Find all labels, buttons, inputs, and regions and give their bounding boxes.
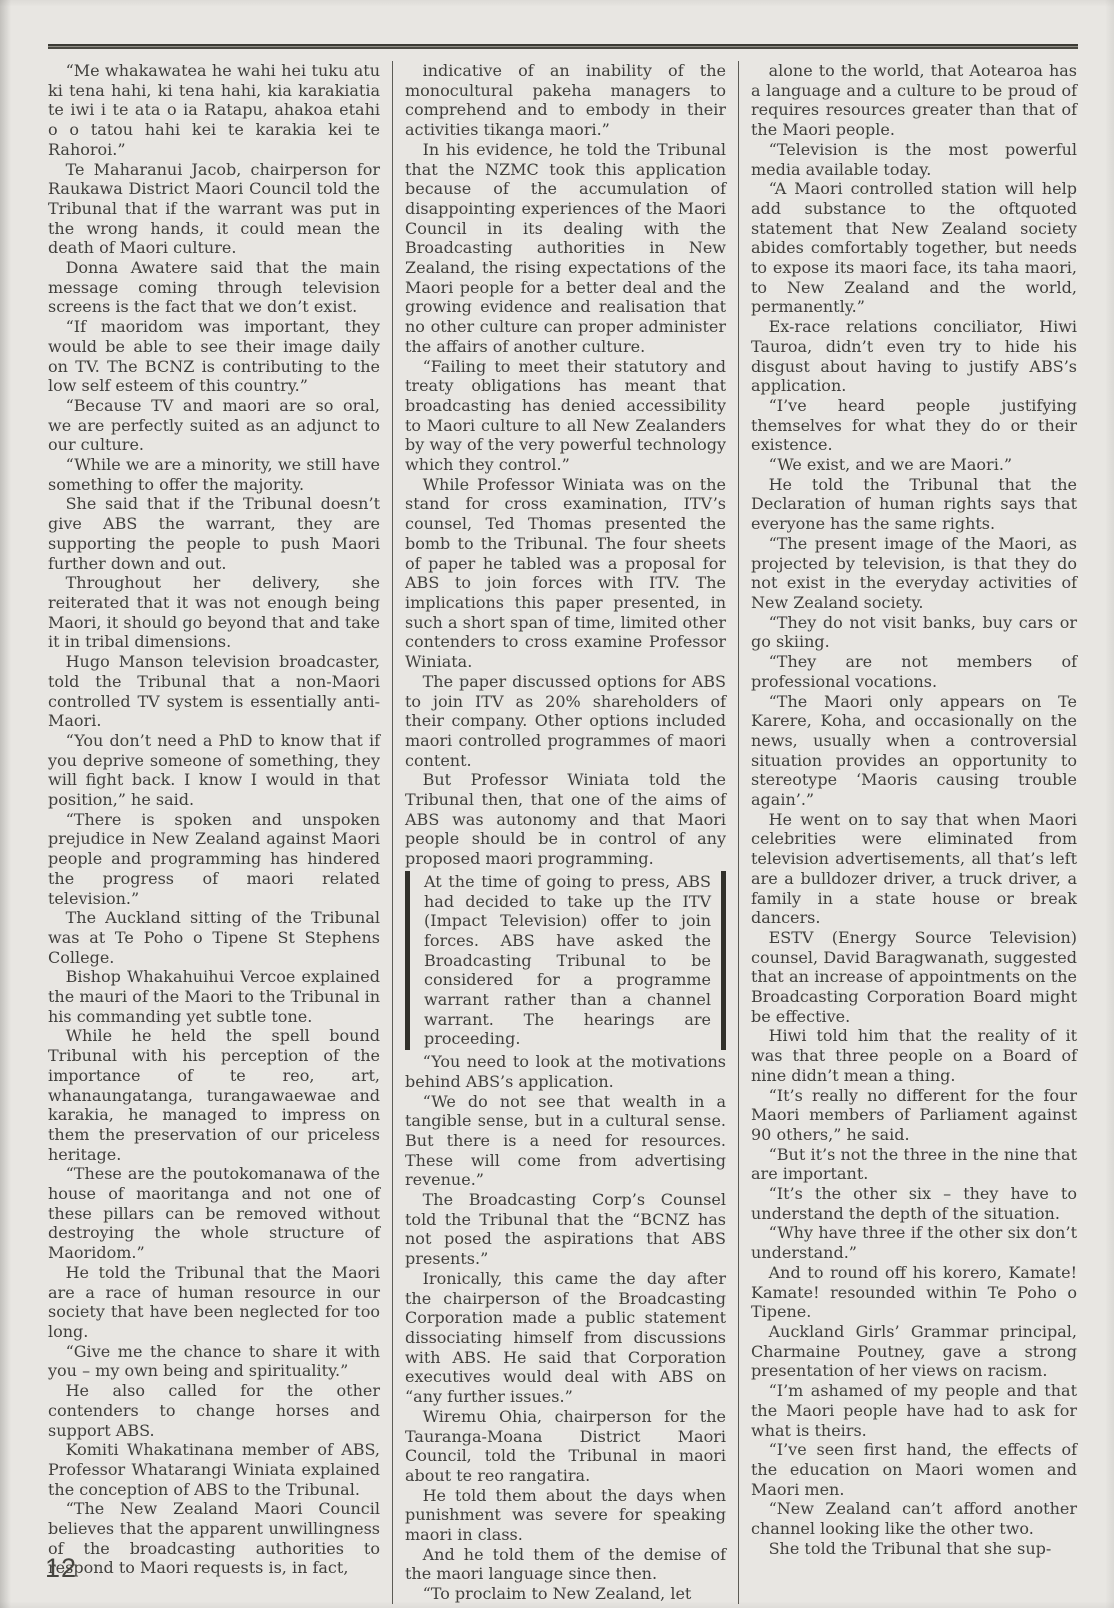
paragraph: She told the Tribunal that she sup- (751, 1539, 1077, 1559)
paragraph: “You need to look at the motivations beh… (405, 1052, 726, 1091)
paragraph: “There is spoken and unspoken prejudice … (48, 810, 380, 909)
paragraph: Hiwi told him that the reality of it was… (751, 1026, 1077, 1085)
paragraph: And he told them of the demise of the ma… (405, 1545, 726, 1584)
page-number: 12 (45, 1553, 77, 1584)
paragraph: “They are not members of professional vo… (751, 652, 1077, 691)
paragraph: “They do not visit banks, buy cars or go… (751, 613, 1077, 652)
paragraph: He also called for the other contenders … (48, 1381, 380, 1440)
column-divider-1 (392, 61, 393, 1604)
paragraph: But Professor Winiata told the Tribunal … (405, 770, 726, 869)
pull-quote-text: At the time of going to press, ABS had d… (424, 872, 711, 1049)
paragraph: Ironically, this came the day after the … (405, 1269, 726, 1407)
paragraph: “It’s really no different for the four M… (751, 1086, 1077, 1145)
article-columns: “Me whakawatea he wahi hei tuku atu ki t… (48, 61, 1078, 1604)
paragraph: ESTV (Energy Source Television) counsel,… (751, 928, 1077, 1027)
paragraph: “While we are a minority, we still have … (48, 455, 380, 494)
paragraph: “The Maori only appears on Te Karere, Ko… (751, 692, 1077, 810)
paragraph: He told the Tribunal that the Maori are … (48, 1263, 380, 1342)
paragraph: “If maoridom was important, they would b… (48, 317, 380, 396)
paragraph: The paper discussed options for ABS to j… (405, 672, 726, 771)
column-3: alone to the world, that Aotearoa has a … (751, 61, 1077, 1604)
paragraph: She said that if the Tribunal doesn’t gi… (48, 494, 380, 573)
paragraph: “New Zealand can’t afford another channe… (751, 1499, 1077, 1538)
paragraph: “I’m ashamed of my people and that the M… (751, 1381, 1077, 1440)
paragraph: Bishop Whakahuihui Vercoe explained the … (48, 967, 380, 1026)
paragraph: “But it’s not the three in the nine that… (751, 1145, 1077, 1184)
newspaper-page: “Me whakawatea he wahi hei tuku atu ki t… (0, 0, 1114, 1608)
paragraph: “The present image of the Maori, as proj… (751, 534, 1077, 613)
paragraph: Throughout her delivery, she reiterated … (48, 573, 380, 652)
paragraph: The Broadcasting Corp’s Counsel told the… (405, 1190, 726, 1269)
paragraph: “Failing to meet their statutory and tre… (405, 357, 726, 475)
paragraph: “I’ve heard people justifying themselves… (751, 396, 1077, 455)
top-rule (48, 44, 1078, 49)
paragraph: “We exist, and we are Maori.” (751, 455, 1077, 475)
column-1: “Me whakawatea he wahi hei tuku atu ki t… (48, 61, 380, 1604)
paragraph: Komiti Whakatinana member of ABS, Profes… (48, 1440, 380, 1499)
paragraph: “These are the poutokomanawa of the hous… (48, 1164, 380, 1263)
paragraph: While Professor Winiata was on the stand… (405, 475, 726, 672)
paragraph: The Auckland sitting of the Tribunal was… (48, 908, 380, 967)
column-2-lower: “You need to look at the motivations beh… (405, 1052, 726, 1604)
paragraph: indicative of an inability of the monocu… (405, 61, 726, 140)
paragraph: Donna Awatere said that the main message… (48, 258, 380, 317)
paragraph: “To proclaim to New Zealand, let (405, 1584, 726, 1604)
column-divider-2 (738, 61, 739, 1604)
column-2: indicative of an inability of the monocu… (405, 61, 726, 1604)
paragraph: In his evidence, he told the Tribunal th… (405, 140, 726, 357)
paragraph: Wiremu Ohia, chairperson for the Taurang… (405, 1407, 726, 1486)
paragraph: “Why have three if the other six don’t u… (751, 1223, 1077, 1262)
paragraph: “Me whakawatea he wahi hei tuku atu ki t… (48, 61, 380, 160)
paragraph: “We do not see that wealth in a tangible… (405, 1092, 726, 1191)
paragraph: “Because TV and maori are so oral, we ar… (48, 396, 380, 455)
paragraph: “Give me the chance to share it with you… (48, 1342, 380, 1381)
column-2-upper: indicative of an inability of the monocu… (405, 61, 726, 869)
paragraph: “The New Zealand Maori Council believes … (48, 1499, 380, 1578)
paragraph: He went on to say that when Maori celebr… (751, 810, 1077, 928)
paragraph: Te Maharanui Jacob, chairperson for Rauk… (48, 160, 380, 259)
paragraph: He told them about the days when punishm… (405, 1486, 726, 1545)
paragraph: “A Maori controlled station will help ad… (751, 179, 1077, 317)
pull-quote-box: At the time of going to press, ABS had d… (405, 871, 726, 1050)
paragraph: He told the Tribunal that the Declaratio… (751, 475, 1077, 534)
paragraph: “You don’t need a PhD to know that if yo… (48, 731, 380, 810)
paragraph: “It’s the other six – they have to under… (751, 1184, 1077, 1223)
paragraph: While he held the spell bound Tribunal w… (48, 1026, 380, 1164)
paragraph: Ex-race relations conciliator, Hiwi Taur… (751, 317, 1077, 396)
paragraph: And to round off his korero, Kamate! Kam… (751, 1263, 1077, 1322)
paragraph: “Television is the most powerful media a… (751, 140, 1077, 179)
paragraph: Hugo Manson television broadcaster, told… (48, 652, 380, 731)
paragraph: alone to the world, that Aotearoa has a … (751, 61, 1077, 140)
paragraph: “I’ve seen first hand, the effects of th… (751, 1440, 1077, 1499)
paragraph: Auckland Girls’ Grammar principal, Charm… (751, 1322, 1077, 1381)
